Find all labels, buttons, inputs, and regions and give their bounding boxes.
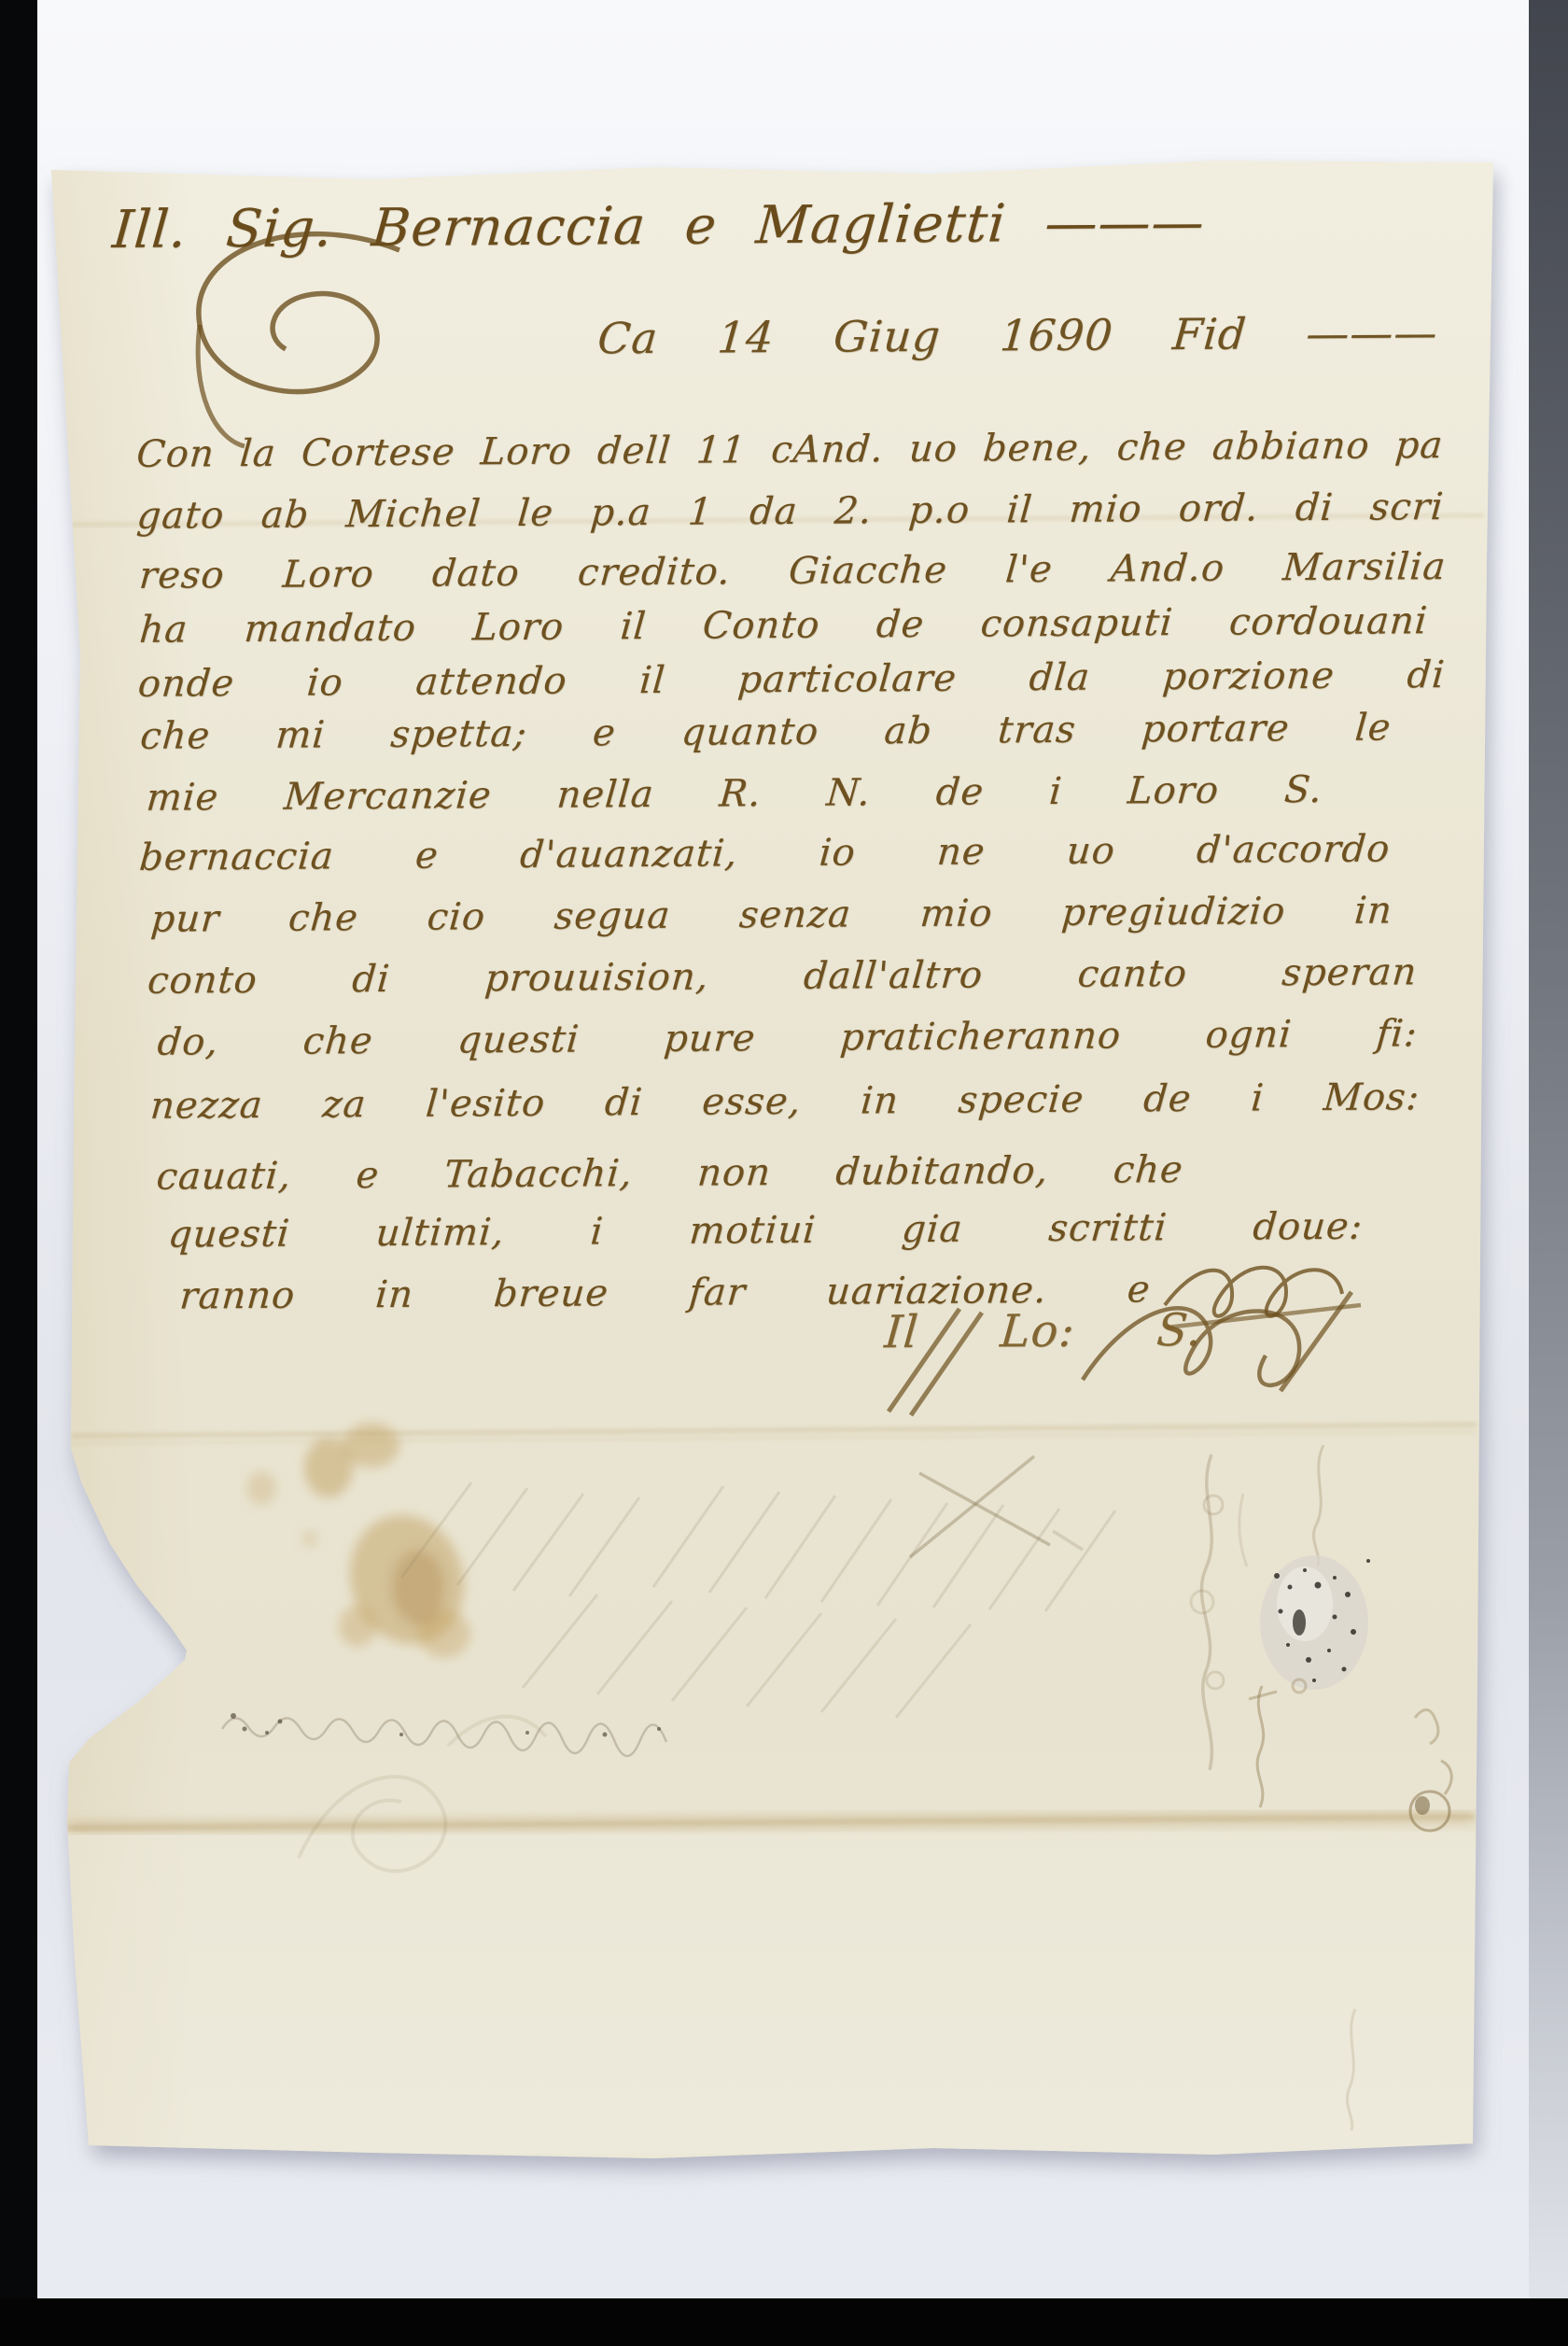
letter-line: mie Mercanzie nella R. N. de i Loro S.	[145, 771, 1323, 817]
letter-line: reso Loro dato credito. Giacche l'e And.…	[138, 548, 1448, 595]
letter-line: onde io attendo il particolare dla porzi…	[136, 656, 1446, 703]
letter-line: questi ultimi, i motiui gia scritti doue…	[167, 1208, 1365, 1254]
letter-line: nezza za l'esito di esse, in specie de i…	[149, 1078, 1421, 1125]
letter-line: pur che cio segua senza mio pregiudizio …	[149, 892, 1393, 937]
letter-line: conto di prouuision, dall'altro canto sp…	[147, 953, 1419, 1000]
letter-line: bernaccia e d'auanzati, io ne uo d'accor…	[138, 830, 1392, 876]
salutation-dash: ———	[1043, 192, 1207, 254]
letter-signature: Il Lo: S.	[883, 1308, 1204, 1355]
letter-line: che mi spetta; e quanto ab tras portare …	[139, 709, 1393, 754]
salutation-text: Ill. Sig. Bernaccia e Maglietti	[110, 193, 1008, 260]
letter-line: do, che questi pure praticheranno ogni f…	[156, 1015, 1419, 1061]
dateline-text: Ca 14 Giug 1690 Fid	[595, 309, 1248, 364]
letter-salutation: Ill. Sig. Bernaccia e Maglietti ———	[110, 197, 1206, 257]
letter-dateline: Ca 14 Giug 1690 Fid ———	[596, 311, 1440, 359]
handwriting-layer: Ill. Sig. Bernaccia e Maglietti ——— Ca 1…	[0, 0, 1568, 2346]
letter-line: cauati, e Tabacchi, non dubitando, che	[155, 1151, 1184, 1196]
dateline-dash: ———	[1304, 307, 1439, 358]
letter-line: ha mandato Loro il Conto de consaputi co…	[138, 602, 1429, 649]
letter-photo: Ill. Sig. Bernaccia e Maglietti ——— Ca 1…	[0, 0, 1568, 2346]
letter-line: Con la Cortese Loro dell 11 cAnd. uo ben…	[135, 427, 1445, 473]
letter-line: gato ab Michel le p.a 1 da 2. p.o il mio…	[135, 488, 1445, 535]
